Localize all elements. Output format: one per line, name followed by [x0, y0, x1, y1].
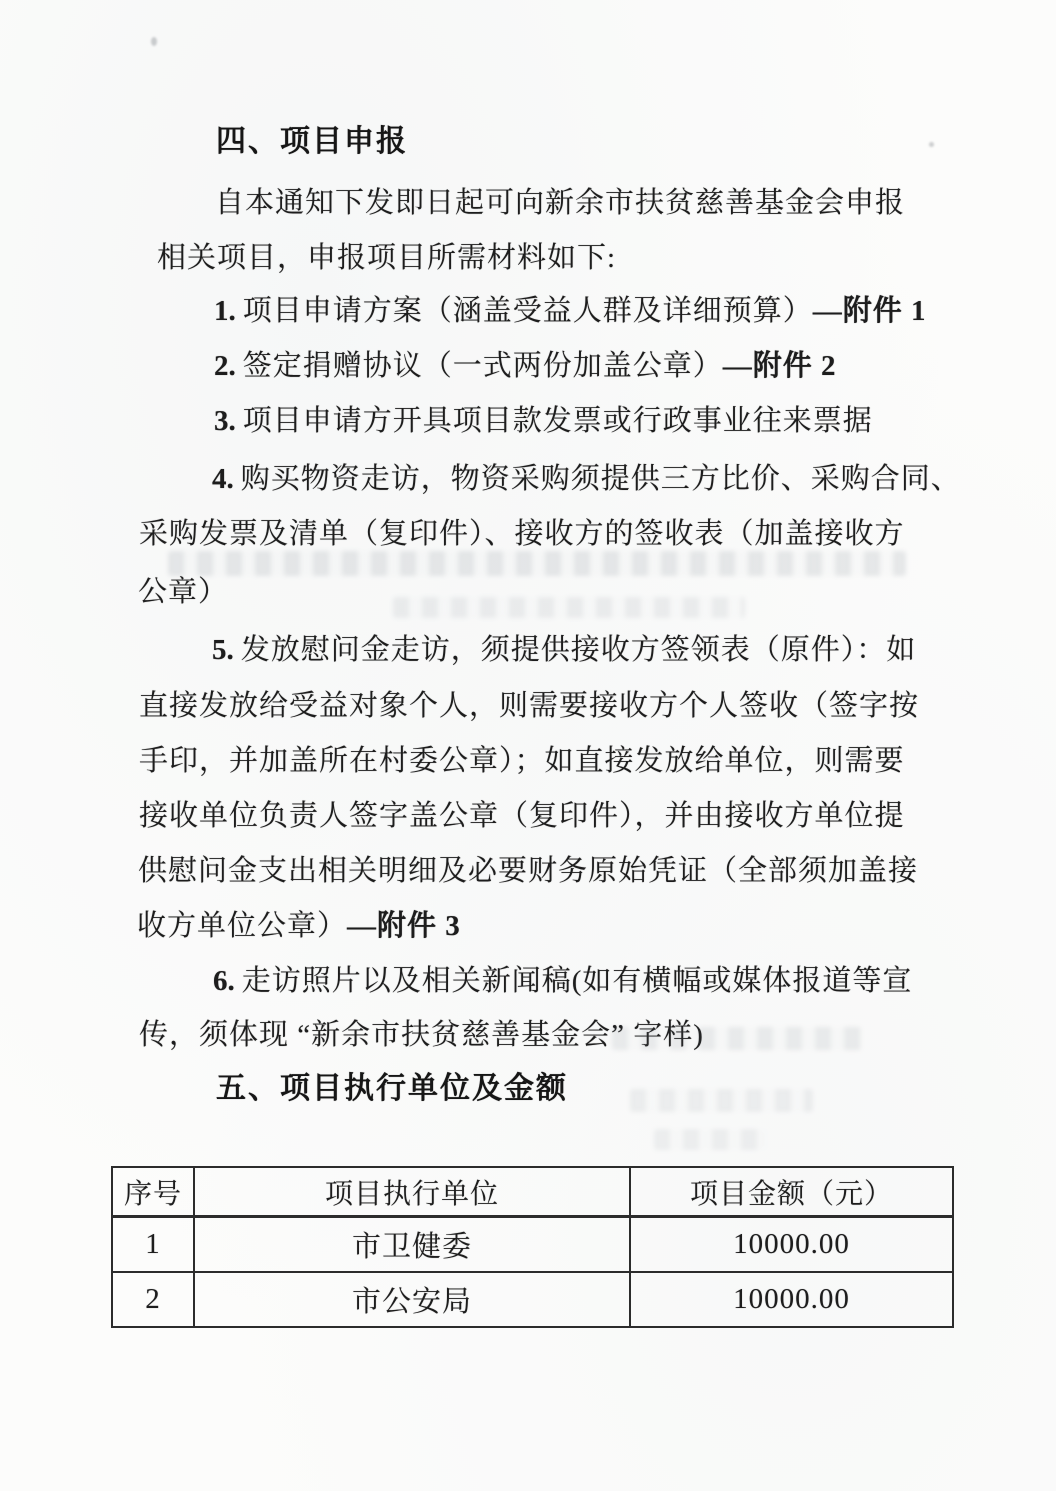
text-line: 公章）: [138, 575, 228, 609]
text-segment: —附件 3: [347, 910, 461, 942]
scanned-document-page: 四、项目申报 自本通知下发即日起可向新余市扶贫慈善基金会申报相关项目，申报项目所…: [0, 0, 1056, 1491]
text-segment: 相关项目，申报项目所需材料如下:: [157, 242, 616, 274]
text-line: 4.购买物资走访，物资采购须提供三方比价、采购合同、: [212, 462, 961, 496]
text-line: 自本通知下发即日起可向新余市扶贫慈善基金会申报: [215, 186, 905, 220]
table-row: 2市公安局10000.00: [112, 1272, 953, 1327]
item-number: 1.: [214, 295, 236, 327]
text-segment: 发放慰问金走访，须提供接收方签领表（原件）：如: [241, 634, 917, 666]
text-segment: 签定捐赠协议（一式两份加盖公章）: [243, 350, 723, 382]
table-header-row: 序号项目执行单位项目金额（元）: [112, 1167, 953, 1217]
text-segment: 采购发票及清单（复印件）、接收方的签收表（加盖接收方: [139, 518, 905, 550]
item-number: 4.: [212, 463, 234, 495]
projects-table: 序号项目执行单位项目金额（元） 1市卫健委10000.002市公安局10000.…: [111, 1166, 954, 1328]
table-header-cell: 项目金额（元）: [630, 1167, 953, 1217]
cell-unit: 市公安局: [194, 1272, 630, 1327]
cell-unit: 市卫健委: [194, 1217, 630, 1273]
table-header-cell: 序号: [112, 1167, 194, 1217]
text-segment: —附件 1: [813, 295, 927, 327]
table-row: 1市卫健委10000.00: [112, 1217, 953, 1273]
item-number: 6.: [213, 965, 235, 997]
text-segment: 项目申请方开具项目款发票或行政事业往来票据: [243, 405, 873, 437]
cell-amount: 10000.00: [630, 1272, 953, 1327]
bleed-through-smudge: [393, 597, 745, 618]
text-segment: 手印，并加盖所在村委公章）；如直接发放给单位，则需要: [139, 745, 905, 777]
text-segment: 直接发放给受益对象个人，则需要接收方个人签收（签字按: [139, 690, 919, 722]
cell-no: 2: [112, 1272, 194, 1327]
text-line: 采购发票及清单（复印件）、接收方的签收表（加盖接收方: [139, 517, 905, 551]
item-number: 3.: [214, 405, 236, 437]
text-line: 直接发放给受益对象个人，则需要接收方个人签收（签字按: [139, 689, 919, 723]
text-line: 3.项目申请方开具项目款发票或行政事业往来票据: [214, 404, 873, 438]
text-segment: —附件 2: [723, 350, 837, 382]
table-header-cell: 项目执行单位: [194, 1167, 630, 1217]
ink-speck: [929, 142, 934, 147]
text-line: 相关项目，申报项目所需材料如下:: [157, 241, 616, 275]
text-segment: 接收单位负责人签字盖公章（复印件），并由接收方单位提: [139, 800, 905, 832]
cell-no: 1: [112, 1217, 194, 1273]
text-line: 收方单位公章）—附件 3: [137, 909, 461, 943]
item-number: 5.: [212, 634, 234, 666]
text-line: 6.走访照片以及相关新闻稿(如有横幅或媒体报道等宣: [213, 964, 912, 998]
text-line: 5.发放慰问金走访，须提供接收方签领表（原件）：如: [212, 633, 916, 667]
bleed-through-smudge: [612, 1027, 862, 1050]
bleed-through-smudge: [630, 1089, 813, 1112]
text-line: 2.签定捐赠协议（一式两份加盖公章）—附件 2: [214, 349, 837, 383]
bleed-through-smudge: [654, 1129, 767, 1150]
text-line: 1.项目申请方案（涵盖受益人群及详细预算）—附件 1: [214, 294, 927, 328]
bleed-through-smudge: [168, 551, 906, 576]
item-number: 2.: [214, 350, 236, 382]
text-segment: 走访照片以及相关新闻稿(如有横幅或媒体报道等宣: [242, 965, 913, 997]
text-segment: 供慰问金支出相关明细及必要财务原始凭证（全部须加盖接: [138, 855, 918, 887]
text-segment: 公章）: [138, 576, 228, 608]
ink-speck: [151, 37, 157, 46]
text-line: 接收单位负责人签字盖公章（复印件），并由接收方单位提: [139, 799, 905, 833]
text-segment: 收方单位公章）: [137, 910, 347, 942]
section-heading-four: 四、项目申报: [216, 124, 408, 160]
text-segment: 购买物资走访，物资采购须提供三方比价、采购合同、: [241, 463, 961, 495]
cell-amount: 10000.00: [630, 1217, 953, 1273]
table-body: 1市卫健委10000.002市公安局10000.00: [112, 1217, 953, 1328]
text-line: 供慰问金支出相关明细及必要财务原始凭证（全部须加盖接: [138, 854, 918, 888]
text-line: 手印，并加盖所在村委公章）；如直接发放给单位，则需要: [139, 744, 905, 778]
section-heading-five: 五、项目执行单位及金额: [216, 1071, 568, 1107]
text-segment: 项目申请方案（涵盖受益人群及详细预算）: [243, 295, 813, 327]
text-segment: 自本通知下发即日起可向新余市扶贫慈善基金会申报: [215, 187, 905, 219]
